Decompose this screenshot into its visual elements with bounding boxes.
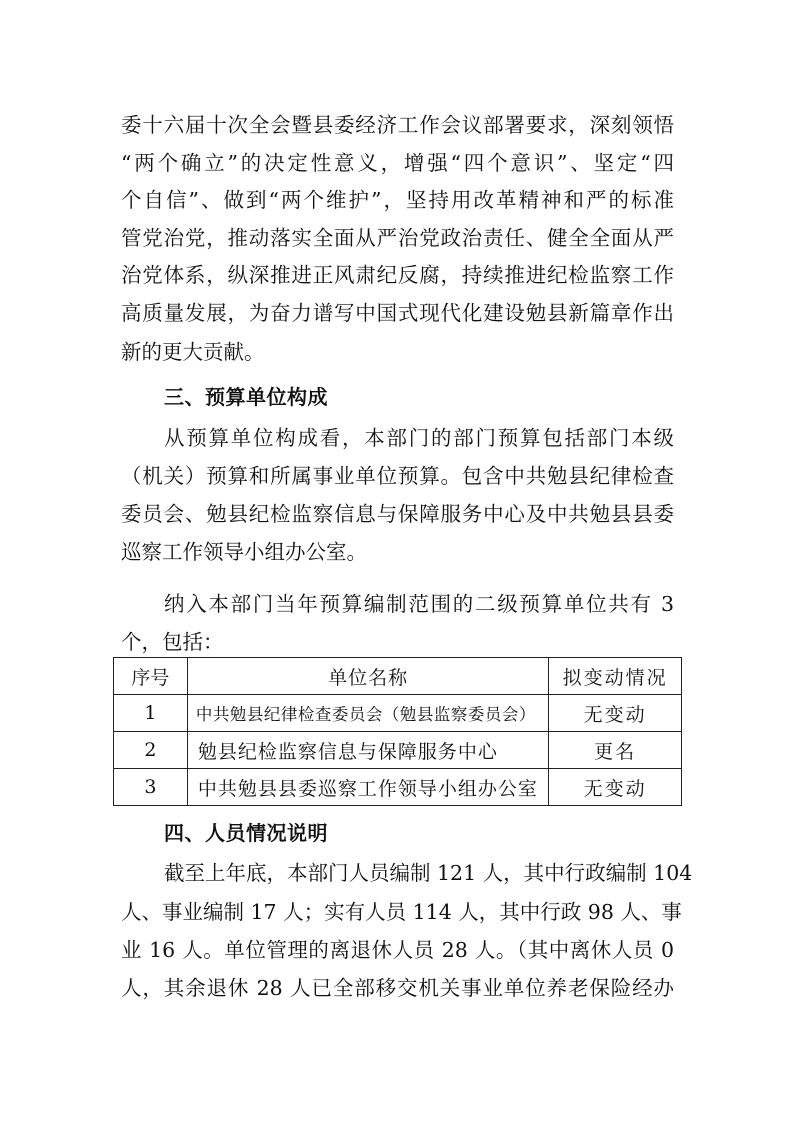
paragraph-line: 管党治党，推动落实全面从严治党政治责任、健全全面从严 (121, 223, 674, 253)
paragraph-line: 治党体系，纵深推进正风肃纪反腐，持续推进纪检监察工作 (121, 260, 674, 290)
cell-serial-number: 2 (114, 732, 188, 769)
paragraph-line: （机关）预算和所属事业单位预算。包含中共勉县纪律检查 (121, 461, 674, 491)
table-row: 2 勉县纪检监察信息与保障服务中心 更名 (114, 732, 682, 769)
cell-unit-name: 勉县纪检监察信息与保障服务中心 (187, 732, 548, 769)
table-row: 3 中共勉县县委巡察工作领导小组办公室 无变动 (114, 769, 682, 806)
paragraph-line: 业 16 人。单位管理的离退休人员 28 人。（其中离休人员 0 (121, 935, 674, 965)
paragraph-line: 巡察工作领导小组办公室。 (121, 537, 674, 567)
paragraph-line: 个，包括： (121, 627, 674, 657)
paragraph-line: 委十六届十次全会暨县委经济工作会议部署要求，深刻领悟 (121, 110, 674, 140)
table-header-row: 序号 单位名称 拟变动情况 (114, 658, 682, 695)
budget-units-table: 序号 单位名称 拟变动情况 1 中共勉县纪律检查委员会（勉县监察委员会） 无变动… (113, 657, 682, 806)
document-page: 委十六届十次全会暨县委经济工作会议部署要求，深刻领悟 “两个确立”的决定性意义，… (0, 0, 793, 1122)
paragraph-line: 从预算单位构成看，本部门的部门预算包括部门本级 (164, 423, 674, 453)
paragraph-line: “两个确立”的决定性意义，增强“四个意识”、坚定“四 (121, 148, 674, 178)
paragraph-line: 新的更大贡献。 (121, 337, 674, 367)
cell-planned-change: 无变动 (549, 695, 682, 732)
paragraph-line: 高质量发展，为奋力谱写中国式现代化建设勉县新篇章作出 (121, 298, 674, 328)
paragraph-line: 委员会、勉县纪检监察信息与保障服务中心及中共勉县县委 (121, 499, 674, 529)
cell-planned-change: 更名 (549, 732, 682, 769)
section-heading-staffing: 四、人员情况说明 (164, 818, 328, 848)
cell-serial-number: 3 (114, 769, 188, 806)
paragraph-line: 纳入本部门当年预算编制范围的二级预算单位共有 3 (164, 589, 674, 619)
header-unit-name: 单位名称 (187, 658, 548, 695)
cell-serial-number: 1 (114, 695, 188, 732)
paragraph-line: 截至上年底，本部门人员编制 121 人，其中行政编制 104 (164, 858, 674, 888)
section-heading-budget-units: 三、预算单位构成 (164, 382, 328, 412)
paragraph-line: 人、事业编制 17 人；实有人员 114 人，其中行政 98 人、事 (121, 897, 674, 927)
paragraph-line: 人，其余退休 28 人已全部移交机关事业单位养老保险经办 (121, 973, 674, 1003)
cell-planned-change: 无变动 (549, 769, 682, 806)
header-planned-change: 拟变动情况 (549, 658, 682, 695)
cell-unit-name: 中共勉县纪律检查委员会（勉县监察委员会） (187, 695, 548, 732)
paragraph-line: 个自信”、做到“两个维护”，坚持用改革精神和严的标准 (121, 185, 674, 215)
header-serial-number: 序号 (114, 658, 188, 695)
table-row: 1 中共勉县纪律检查委员会（勉县监察委员会） 无变动 (114, 695, 682, 732)
cell-unit-name: 中共勉县县委巡察工作领导小组办公室 (187, 769, 548, 806)
